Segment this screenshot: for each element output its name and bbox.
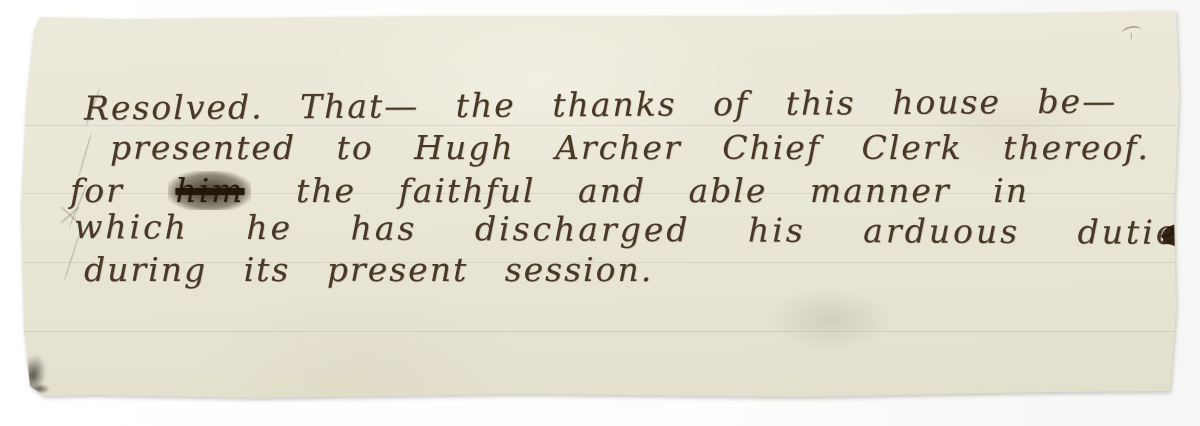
crossed-out-word: him [168, 171, 251, 210]
corner-smudge-small [30, 384, 50, 394]
corner-pencil-squiggle [1121, 24, 1143, 40]
paper-shadow-wrap: Resolved. That— the thanks of this house… [0, 0, 1200, 426]
line-4-text: which he has discharged his arduous duti… [74, 207, 1198, 252]
text-line-5: during its present session. [84, 253, 653, 286]
paper-ruled-line [24, 331, 1176, 332]
line-3-pre: for [70, 171, 166, 210]
line-3-post: the faithful and able manner in [253, 171, 1028, 210]
text-line-2: presented to Hugh Archer Chief Clerk the… [110, 131, 1150, 164]
scan-background: Resolved. That— the thanks of this house… [0, 0, 1200, 426]
text-line-1: Resolved. That— the thanks of this house… [84, 84, 1117, 124]
text-line-3: for him the faithful and able manner in [70, 174, 1029, 207]
text-line-4: which he has discharged his arduous duti… [74, 210, 1200, 249]
manuscript-paper: Resolved. That— the thanks of this house… [0, 0, 1200, 426]
